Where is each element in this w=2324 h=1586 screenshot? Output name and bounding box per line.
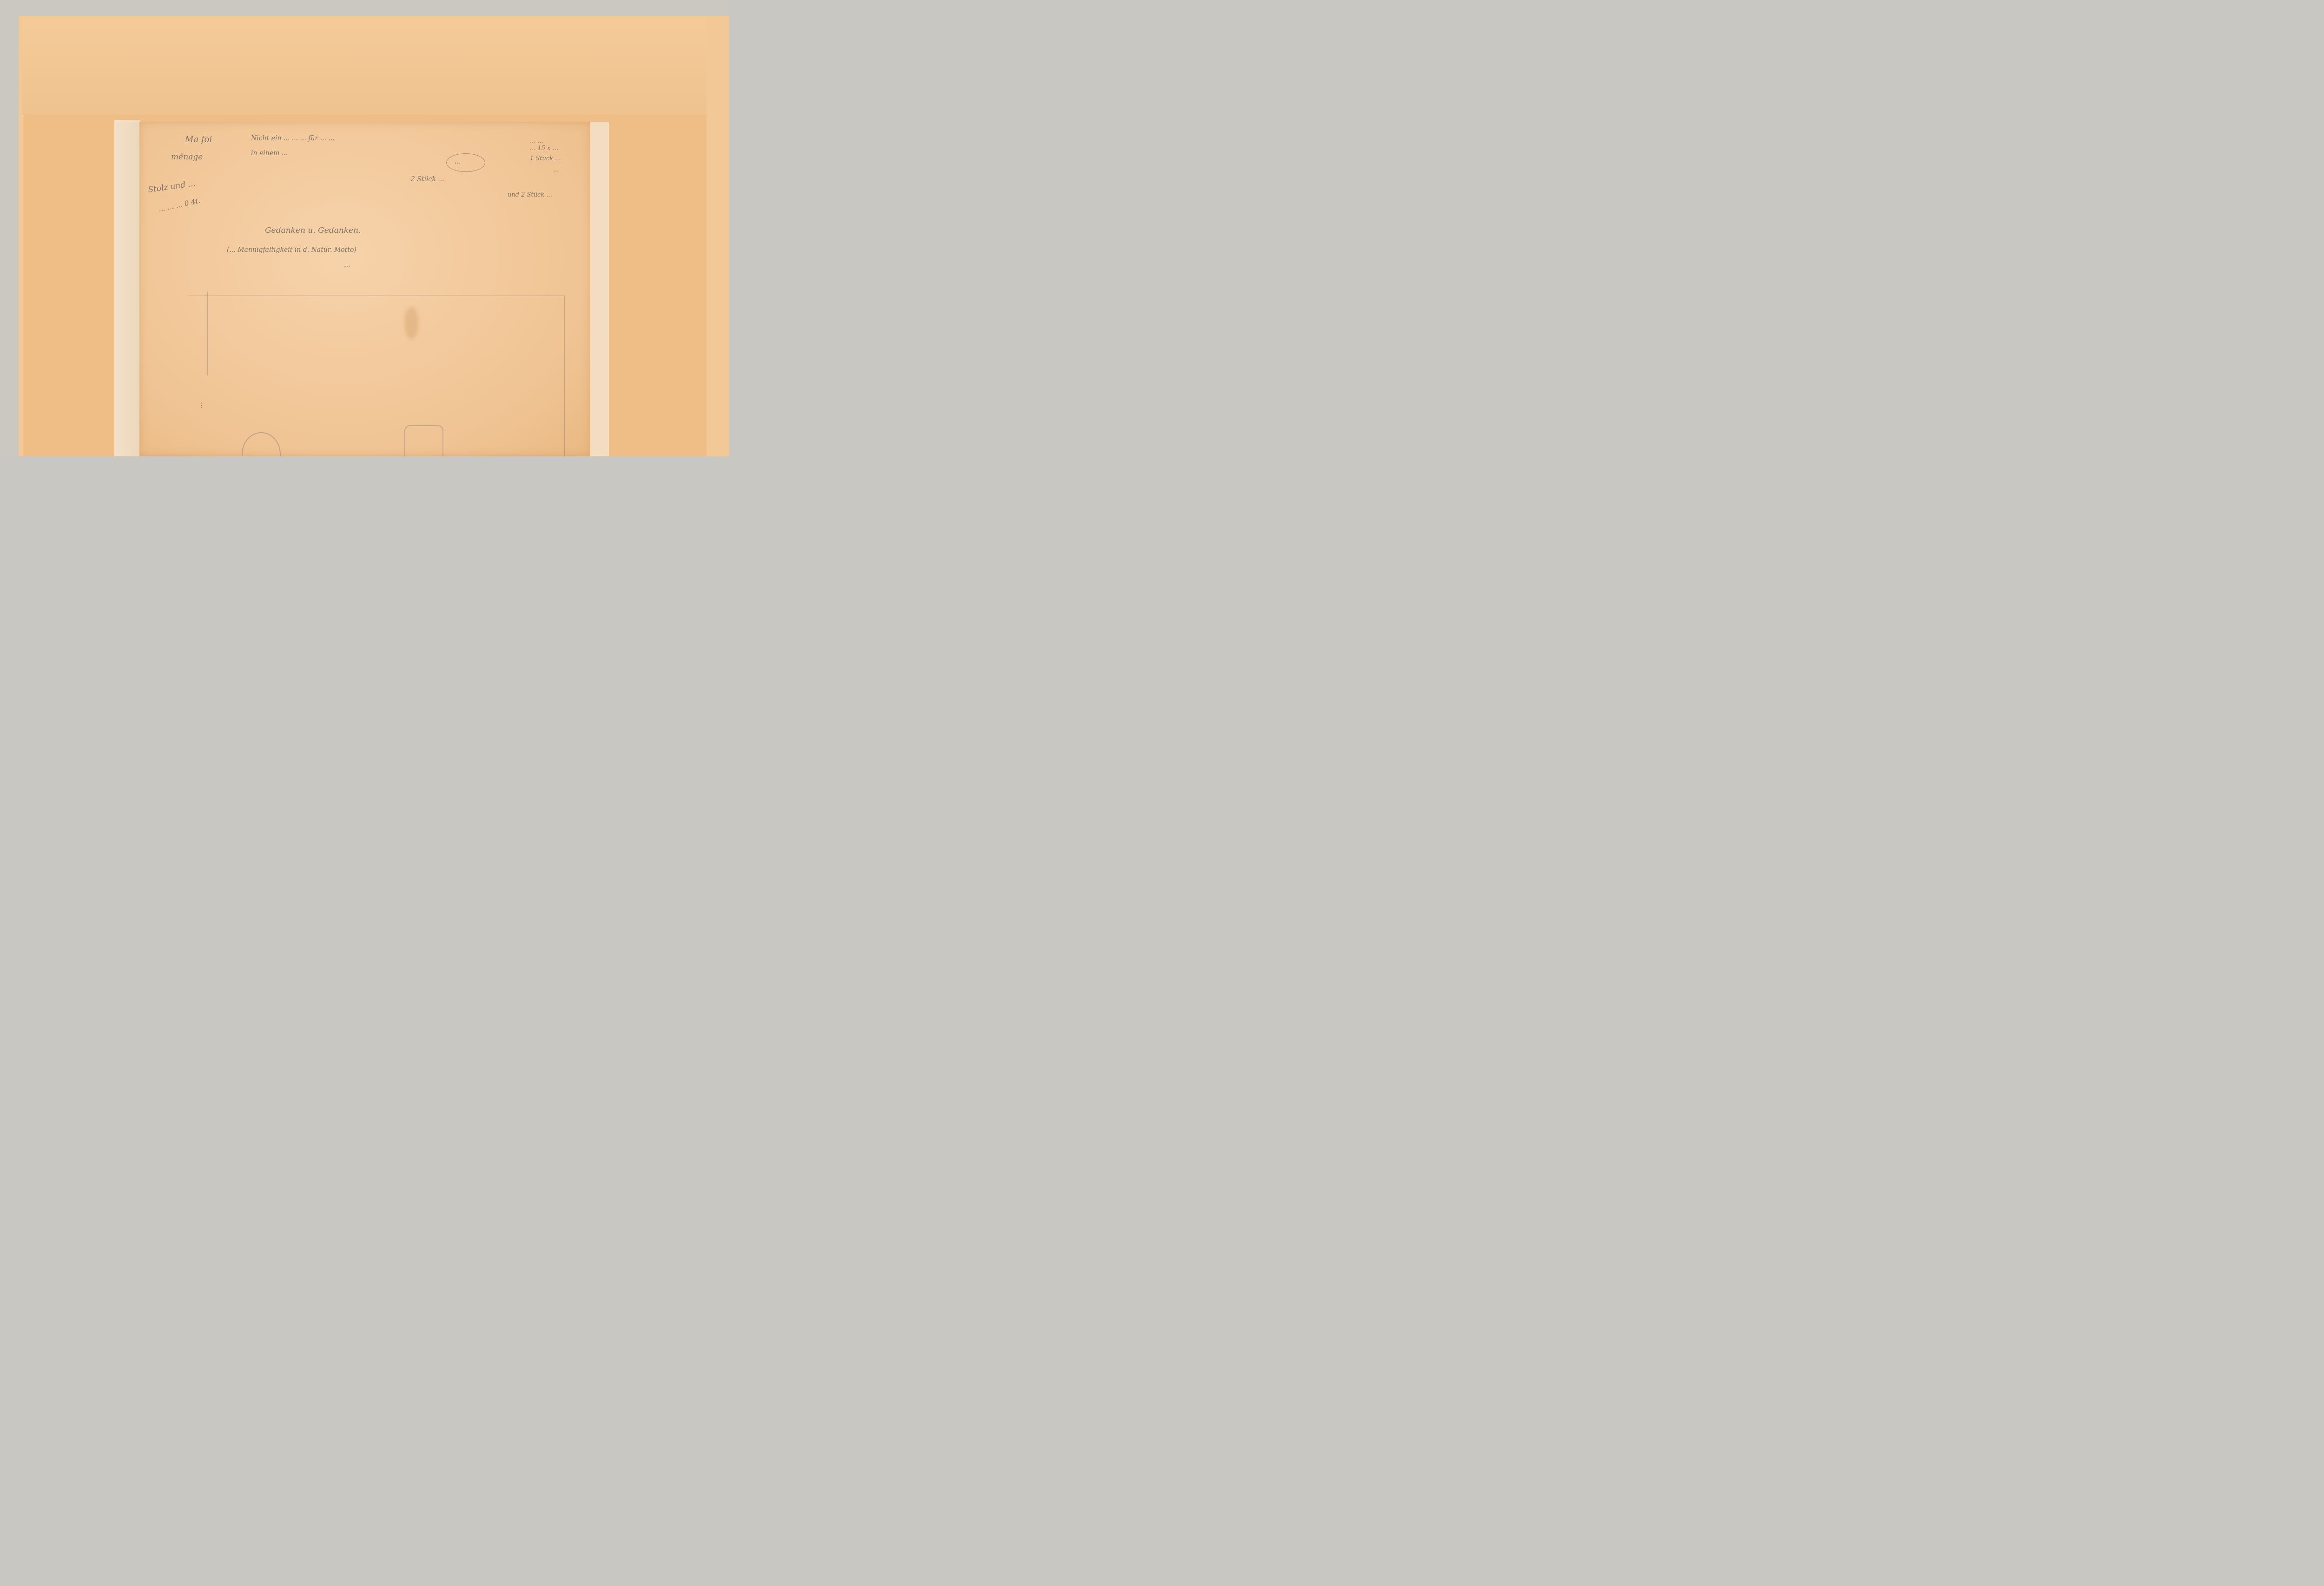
sketch-vessel [404, 425, 443, 456]
note-ma-foi: Ma foi [185, 135, 212, 145]
note-circled-word: ... [455, 158, 461, 165]
center-heading-3: ... [344, 261, 350, 269]
note-right-5: und 2 Stück ... [508, 191, 552, 198]
vertical-note: ... [195, 402, 204, 409]
paper-stain [404, 307, 418, 339]
tissue-hinge-strip [114, 120, 140, 456]
sketch-frame-outline [188, 296, 565, 456]
note-top-line-1: Nicht ein ... ... ... für ... ... [251, 135, 335, 142]
sheet-right-margin [590, 122, 609, 456]
mount-top-fold [22, 18, 706, 116]
circled-annotation [446, 153, 485, 172]
note-right-4: ... [553, 166, 559, 173]
sketch-vertical-line [207, 292, 208, 375]
note-right-2: ... 15 x ... [530, 145, 558, 152]
center-heading-2: (... Mannigfaltigkeit in d. Natur. Motto… [227, 246, 357, 254]
center-heading-1: Gedanken u. Gedanken. [265, 226, 361, 235]
note-center-small: 2 Stück ... [411, 176, 444, 183]
note-right-3: 1 Stück ... [530, 155, 561, 162]
note-menage: ménage [171, 152, 203, 162]
note-top-line-2: in einem ... [251, 150, 288, 157]
note-right-1: ... ... [530, 138, 543, 145]
